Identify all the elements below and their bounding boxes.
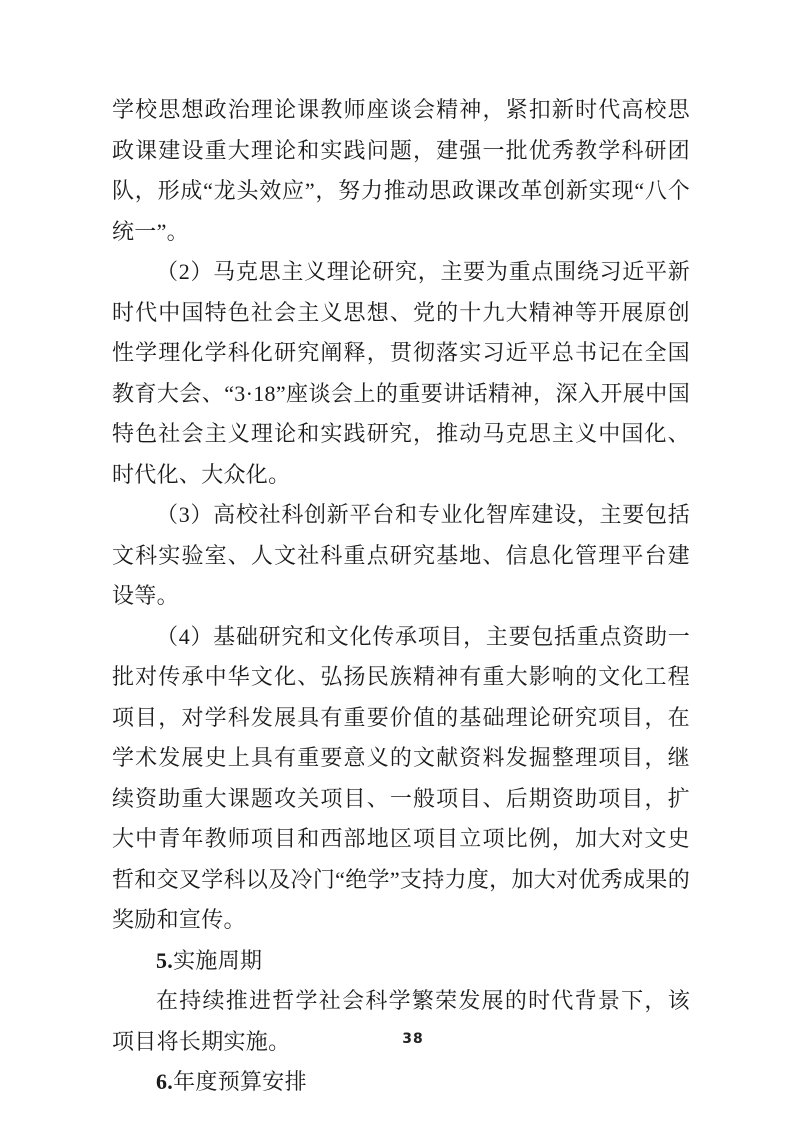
paragraph: （3）高校社科创新平台和专业化智库建设，主要包括文科实验室、人文社科重点研究基地… bbox=[112, 495, 690, 617]
heading-text: 年度预算安排 bbox=[173, 1069, 307, 1094]
paragraph: （4）基础研究和文化传承项目，主要包括重点资助一批对传承中华文化、弘扬民族精神有… bbox=[112, 617, 690, 941]
paragraph: （2）马克思主义理论研究，主要为重点围绕习近平新时代中国特色社会主义思想、党的十… bbox=[112, 252, 690, 495]
paragraph: 学校思想政治理论课教师座谈会精神，紧扣新时代高校思政课建设重大理论和实践问题，建… bbox=[112, 90, 690, 252]
page-number: 38 bbox=[402, 1031, 423, 1047]
section-heading: 5.实施周期 bbox=[112, 941, 690, 982]
paragraph: 在持续推进哲学社会科学繁荣发展的时代背景下，该项目将长期实施。 bbox=[112, 981, 690, 1062]
heading-text: 实施周期 bbox=[173, 948, 262, 973]
heading-number: 6. bbox=[156, 1069, 173, 1094]
heading-number: 5. bbox=[156, 948, 173, 973]
section-heading: 6.年度预算安排 bbox=[112, 1062, 690, 1103]
document-page: 学校思想政治理论课教师座谈会精神，紧扣新时代高校思政课建设重大理论和实践问题，建… bbox=[0, 0, 800, 1131]
document-body: 学校思想政治理论课教师座谈会精神，紧扣新时代高校思政课建设重大理论和实践问题，建… bbox=[112, 90, 690, 1103]
